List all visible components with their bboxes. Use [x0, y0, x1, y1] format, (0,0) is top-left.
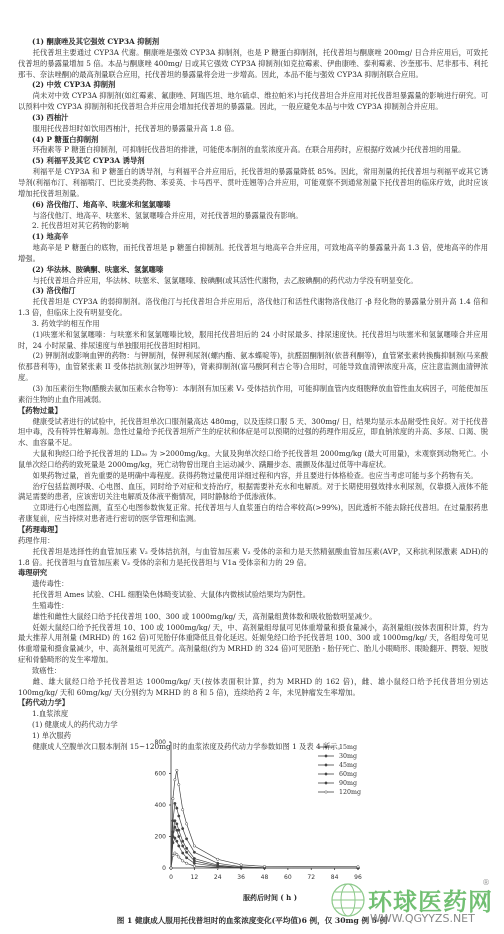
chart-axes	[169, 742, 360, 870]
chart-legend: 15mg30mg45mg60mg90mg120mg	[318, 744, 361, 796]
watermark-url: WWW.QGYYZS.NET	[370, 912, 475, 925]
svg-text:36: 36	[237, 874, 245, 881]
heading-warfarin: (2) 华法林、胺碘酮、呋塞米、氢氯噻嗪	[18, 265, 488, 276]
heading-lovastatin-digoxin: (6) 洛伐他汀、地高辛、呋塞米和氢氯噻嗪	[18, 200, 488, 211]
heading-effect-on-other-drugs: 2. 托伐普坦对其它药物的影响	[18, 221, 488, 232]
label-pharmacological-action: 药理作用：	[18, 536, 488, 547]
label-genotoxicity: 遗传毒性：	[18, 579, 488, 590]
paragraph: 雌、雄大鼠经口给予托伐普坦达 1000mg/kg/ 天(按体表面积计算，约为 M…	[18, 677, 488, 699]
section-title-overdose: 【药物过量】	[18, 406, 488, 417]
paragraph: 治疗包括监测呼吸、心电图、血压，同时给予对症和支持治疗，根据需要补充水和电解质。…	[18, 482, 488, 504]
paragraph: 与托伐普坦合并应用，华法林、呋塞米、氢氯噻嗪、胺碘酮(或其活性代谢物，去乙胺碘酮…	[18, 276, 488, 287]
svg-text:400: 400	[155, 802, 167, 809]
label-carcinogenicity: 致癌性：	[18, 666, 488, 677]
paragraph: 雄性和雌性大鼠经口给予托伐普坦 100、300 或 1000mg/kg/ 天，高…	[18, 612, 488, 623]
heading-pgp-inhibitors: (4) P 糖蛋白抑制剂	[18, 135, 488, 146]
paragraph: (2) 钾制剂或影响血钾的药物：与钾制剂，保钾利尿剂(螺内酯、氨本蝶啶等)，抗醛…	[18, 351, 488, 384]
paragraph: (1)呋塞米和氢氯噻嗪：与呋塞米和氢氯噻嗪比较，服用托伐普坦后的 24 小时尿最…	[18, 330, 488, 352]
paragraph: 托伐普坦主要通过 CYP3A 代谢。酮康唑是强效 CYP3A 抑制剂，也是 P …	[18, 48, 488, 81]
label-toxicology: 毒理研究	[18, 568, 488, 579]
paragraph: 环孢素等 P 糖蛋白抑制剂，可抑制托伐普坦的排泄，可能使本制剂的血浆浓度升高。在…	[18, 145, 488, 156]
x-axis-label: 服药后时间 ( h )	[200, 893, 340, 903]
heading-digoxin: (1) 地高辛	[18, 232, 488, 243]
heading-rifampin: (5) 利福平及其它 CYP3A 诱导剂	[18, 156, 488, 167]
paragraph: 服用托伐普坦时如饮用西柚汁，托伐普坦的暴露量升高 1.8 倍。	[18, 124, 488, 135]
heading-plasma-concentration: 1.血浆浓度	[18, 709, 488, 720]
svg-text:24: 24	[214, 874, 222, 881]
svg-text:200: 200	[155, 834, 167, 841]
paragraph: 健康受试者进行的试验中，托伐普坦单次口服剂量高达 480mg，以及连续口服 5 …	[18, 417, 488, 450]
svg-text:600: 600	[155, 771, 167, 778]
section-title-pharmacology: 【药理毒理】	[18, 525, 488, 536]
paragraph: (3) 加压素衍生物(醋酸去氨加压素水合物等)：本制剂有加压素 V₂ 受体拮抗作…	[18, 384, 488, 406]
section-title-pharmacokinetics: 【药代动力学】	[18, 698, 488, 709]
svg-text:96: 96	[354, 874, 362, 881]
svg-text:12: 12	[191, 874, 199, 881]
svg-text:84: 84	[331, 874, 339, 881]
paragraph: 妊娠大鼠经口给予托伐普坦 10、100 或 1000mg/kg/ 天，中、高剂量…	[18, 623, 488, 666]
chart-ticks: 020040060080001224364860728496	[155, 739, 362, 881]
paragraph: 托伐普坦 Ames 试验、CHL 细胞染色体畸变试验、大鼠体内微核试验结果均为阴…	[18, 590, 488, 601]
heading-lovastatin: (3) 洛伐他汀	[18, 286, 488, 297]
heading-grapefruit: (3) 西柚汁	[18, 113, 488, 124]
heading-moderate-inhibitors: (2) 中效 CYP3A 抑制剂	[18, 80, 488, 91]
svg-text:30mg: 30mg	[339, 753, 357, 760]
svg-text:90mg: 90mg	[339, 780, 357, 787]
paragraph: 地高辛是 P 糖蛋白的底物，而托伐普坦是 p 糖蛋白抑制剂。托伐普坦与地高辛合并…	[18, 243, 488, 265]
label-reproductive-toxicity: 生殖毒性：	[18, 601, 488, 612]
document-body: (1) 酮康唑及其它强效 CYP3A 抑制剂 托伐普坦主要通过 CYP3A 代谢…	[18, 37, 488, 753]
svg-text:60mg: 60mg	[339, 771, 357, 778]
svg-text:48: 48	[261, 874, 269, 881]
paragraph: 托伐普坦是选择性的血管加压素 V₂ 受体拮抗剂，与血管加压素 V₂ 受体的亲和力…	[18, 547, 488, 569]
paragraph: 尚未对中效 CYP3A 抑制剂(如红霉素、氟康唑、阿瑞匹坦、地尔硫卓、维拉帕米)…	[18, 91, 488, 113]
svg-text:15mg: 15mg	[339, 744, 357, 751]
svg-text:800: 800	[155, 739, 167, 746]
registered-mark: ®	[482, 878, 490, 887]
svg-text:0: 0	[169, 874, 173, 881]
svg-text:0: 0	[162, 865, 166, 872]
svg-text:45mg: 45mg	[339, 762, 357, 769]
paragraph: 如果药物过量，首先重要的是明确中毒程度。获得药物过量使用详细过程和内容，并且要进…	[18, 471, 488, 482]
globe-icon	[330, 882, 366, 918]
paragraph: 与洛伐他汀、地高辛、呋塞米、氢氯噻嗪合并应用，对托伐普坦的暴露量没有影响。	[18, 211, 488, 222]
paragraph: 大鼠和狗经口给予托伐普坦的 LD₅₀ 为 >2000mg/kg。大鼠及狗单次经口…	[18, 449, 488, 471]
paragraph: 立即进行心电图监测，直至心电图参数恢复正常。托伐普坦与人血浆蛋白的结合率较高(>…	[18, 503, 488, 525]
svg-text:120mg: 120mg	[339, 789, 361, 796]
heading-ketoconazole: (1) 酮康唑及其它强效 CYP3A 抑制剂	[18, 37, 488, 48]
paragraph: 利福平是 CYP3A 和 P 糖蛋白的诱导剂，与利福平合并应用后，托伐普坦的暴露…	[18, 167, 488, 200]
heading-pharmacodynamic-interactions: 3. 药效学的相互作用	[18, 319, 488, 330]
svg-text:72: 72	[307, 874, 315, 881]
svg-text:60: 60	[284, 874, 292, 881]
chart-series	[170, 769, 359, 869]
paragraph: 托伐普坦是 CYP3A 的弱抑制剂。洛伐他汀与托伐普坦合并应用后，洛伐他汀和活性…	[18, 297, 488, 319]
